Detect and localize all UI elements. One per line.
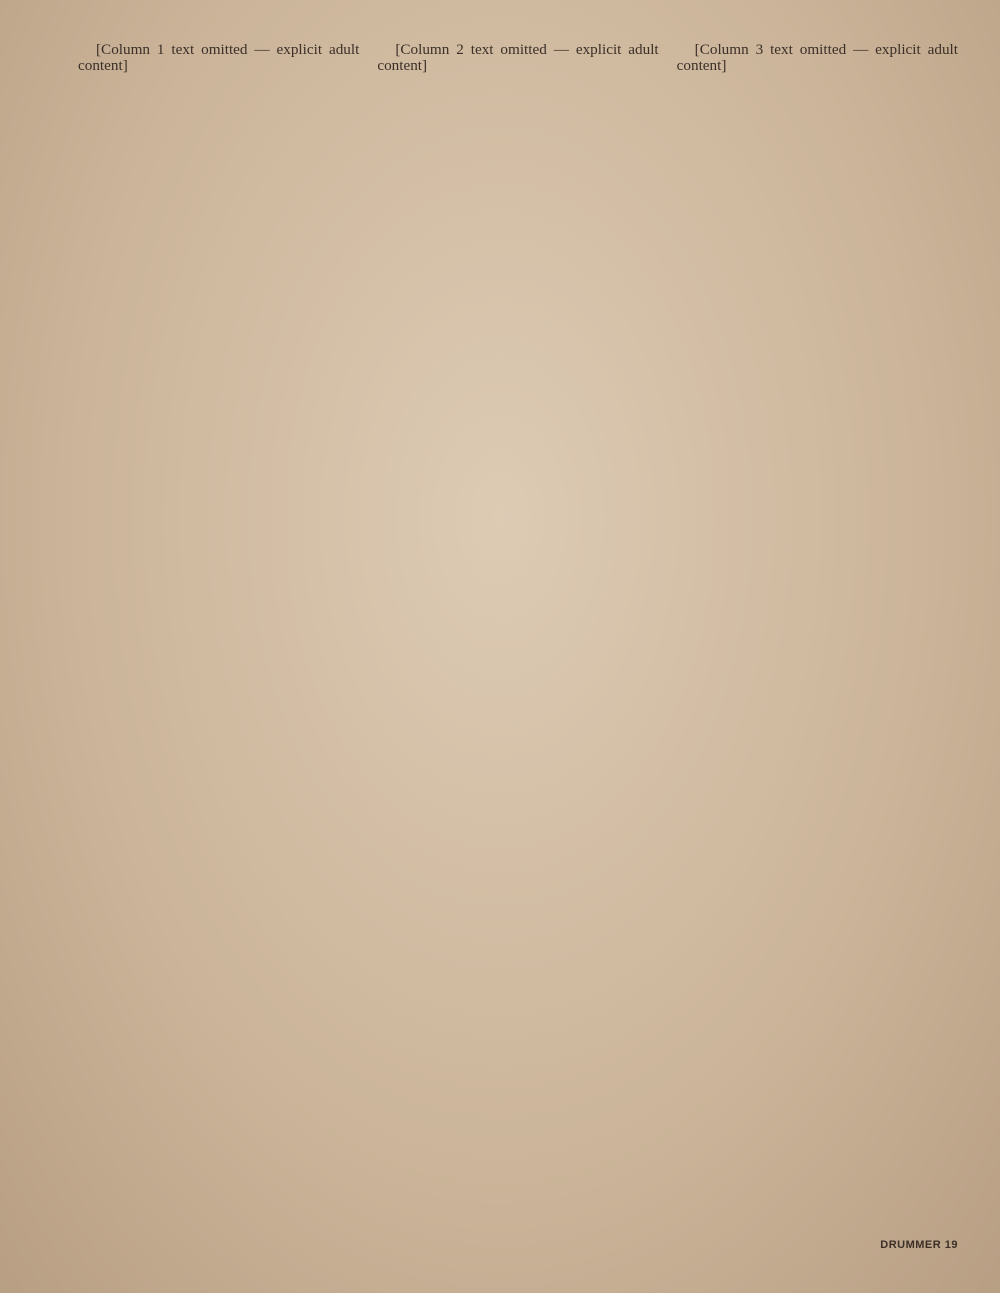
magazine-page: [Column 1 text omitted — explicit adult … [0,0,1000,1293]
paragraph: [Column 1 text omitted — explicit adult … [78,42,359,73]
paragraph: [Column 2 text omitted — explicit adult … [377,42,658,73]
paragraph: [Column 3 text omitted — explicit adult … [677,42,958,73]
column-3: [Column 3 text omitted — explicit adult … [677,42,958,1242]
page-folio: DRUMMER 19 [880,1239,958,1251]
column-2: [Column 2 text omitted — explicit adult … [377,42,658,1242]
column-1: [Column 1 text omitted — explicit adult … [78,42,359,1242]
article-body: [Column 1 text omitted — explicit adult … [78,42,958,1242]
